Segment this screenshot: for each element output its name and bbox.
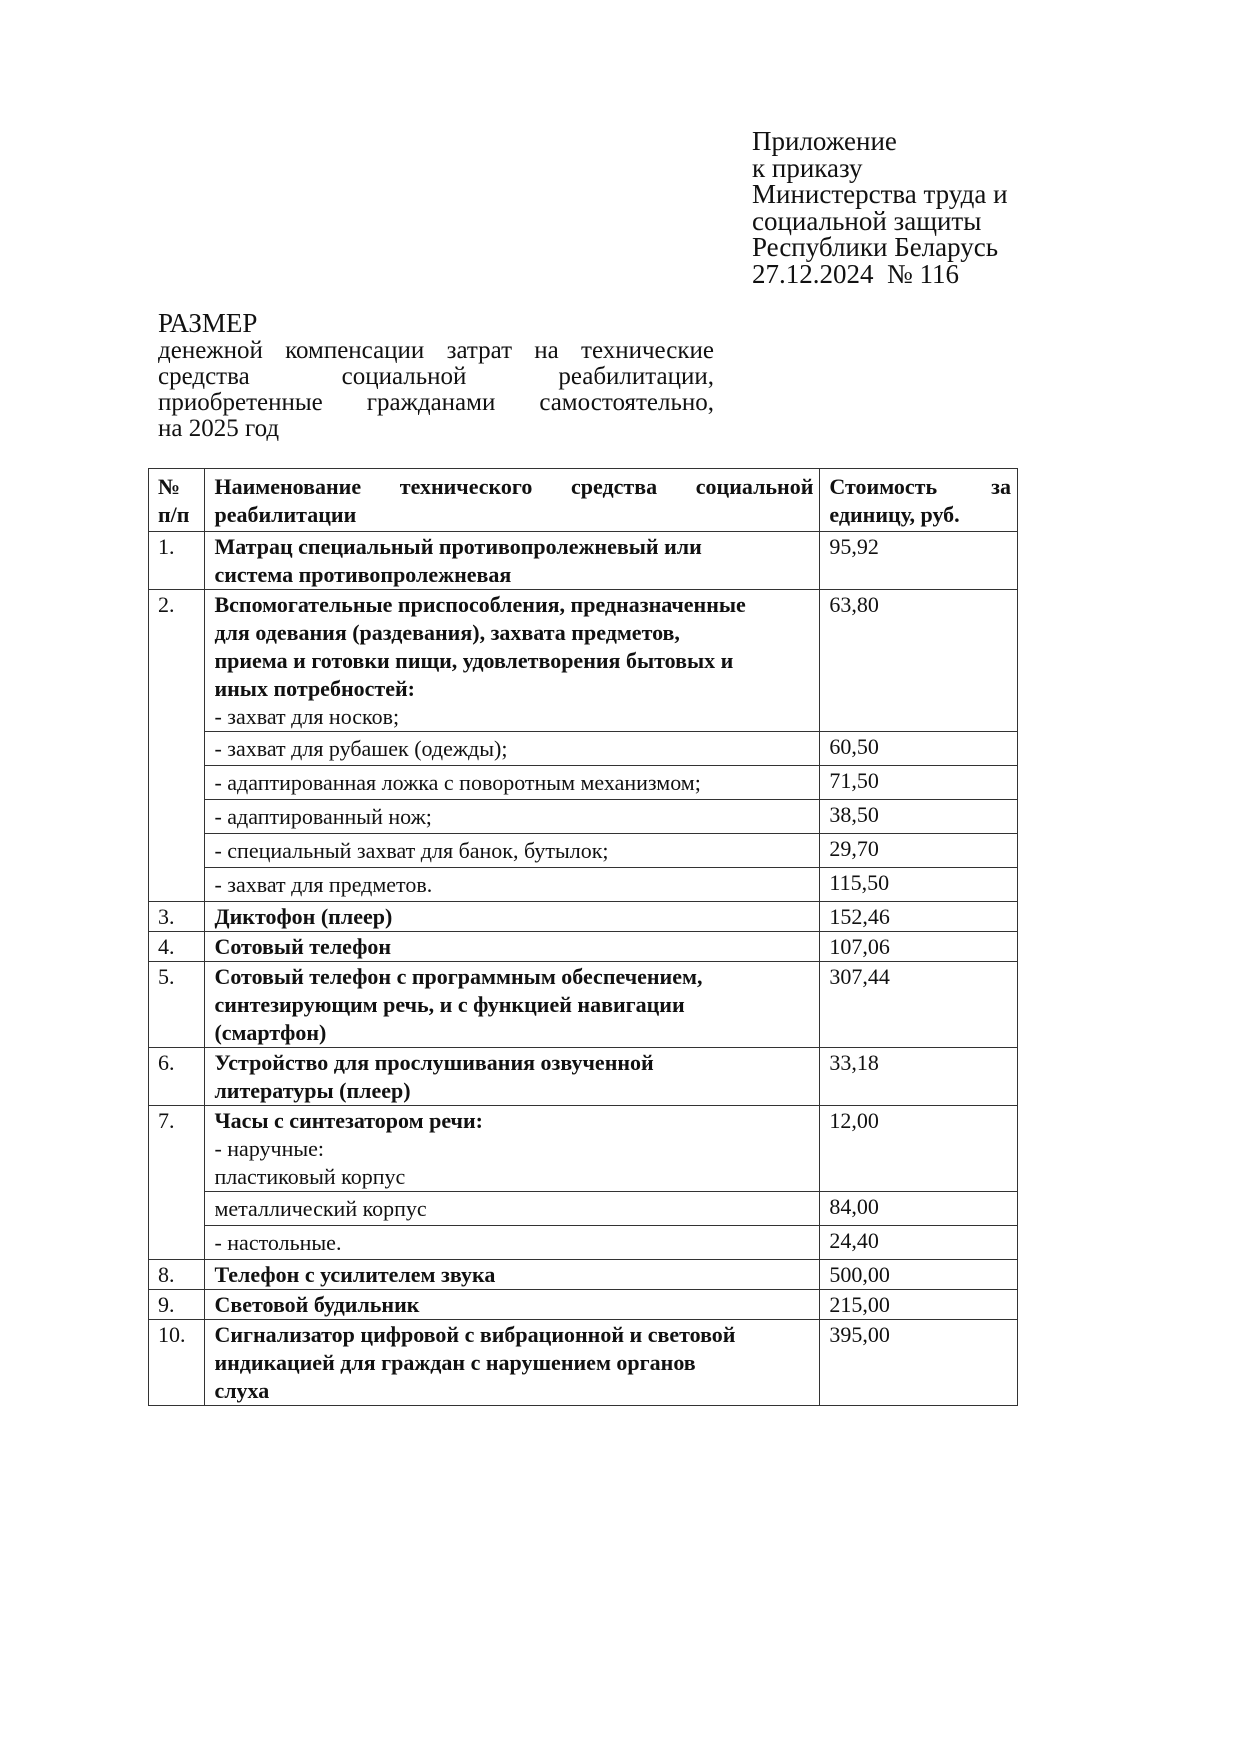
item-name-bold: Сигнализатор цифровой с вибрационной и с… [214,1321,813,1349]
row-cost: 12,00 [820,1106,1018,1192]
table-subrow: - настольные.24,40 [149,1226,1018,1260]
row-number: 4. [149,932,205,962]
item-name-bold: синтезирующим речь, и с функцией навигац… [214,991,813,1019]
row-number: 7. [149,1106,205,1260]
row-cost: 500,00 [820,1260,1018,1290]
table-subrow: - адаптированный нож;38,50 [149,800,1018,834]
item-name-bold: Матрац специальный противопролежневый ил… [214,533,813,561]
subitem-cost: 60,50 [820,732,1018,766]
table-subrow: металлический корпус84,00 [149,1192,1018,1226]
table-subrow: - захват для предметов.115,50 [149,868,1018,902]
row-cost: 107,06 [820,932,1018,962]
subitem-name: - настольные. [205,1226,820,1260]
item-name-bold: иных потребностей: [214,675,813,703]
item-name-bold: слуха [214,1377,813,1405]
row-name: Устройство для прослушивания озвученнойл… [205,1048,820,1106]
header-name: Наименование технического средства социа… [205,469,820,532]
item-name-bold: Устройство для прослушивания озвученной [214,1049,813,1077]
row-name: Сигнализатор цифровой с вибрационной и с… [205,1320,820,1406]
row-cost: 395,00 [820,1320,1018,1406]
item-name-bold: система противопролежневая [214,561,813,589]
table-row: 2.Вспомогательные приспособления, предна… [149,590,1018,732]
row-cost: 215,00 [820,1290,1018,1320]
table-row: 10.Сигнализатор цифровой с вибрационной … [149,1320,1018,1406]
row-name: Диктофон (плеер) [205,902,820,932]
row-number: 6. [149,1048,205,1106]
document-title: РАЗМЕР денежной компенсации затрат на те… [158,310,714,442]
item-name-bold: (смартфон) [214,1019,813,1047]
subitem-name: - адаптированный нож; [205,800,820,834]
row-name: Матрац специальный противопролежневый ил… [205,532,820,590]
row-cost: 95,92 [820,532,1018,590]
table-row: 7.Часы с синтезатором речи:- наручные:пл… [149,1106,1018,1192]
item-name-bold: литературы (плеер) [214,1077,813,1105]
subitem-cost: 38,50 [820,800,1018,834]
table-row: 4.Сотовый телефон107,06 [149,932,1018,962]
item-name-bold: Световой будильник [214,1291,813,1319]
item-name-bold: индикацией для граждан с нарушением орга… [214,1349,813,1377]
item-name-plain: - наручные: [214,1135,813,1163]
appendix-line: социальной защиты [752,208,1008,235]
row-name: Часы с синтезатором речи:- наручные:плас… [205,1106,820,1192]
subitem-name: - захват для рубашек (одежды); [205,732,820,766]
table-row: 8.Телефон с усилителем звука500,00 [149,1260,1018,1290]
row-cost: 307,44 [820,962,1018,1048]
item-name-bold: Вспомогательные приспособления, предназн… [214,591,813,619]
item-name-bold: для одевания (раздевания), захвата предм… [214,619,813,647]
header-cost: Стоимость за единицу, руб. [820,469,1018,532]
item-name-bold: Сотовый телефон с программным обеспечени… [214,963,813,991]
row-name: Световой будильник [205,1290,820,1320]
table-body: 1.Матрац специальный противопролежневый … [149,532,1018,1406]
row-name: Телефон с усилителем звука [205,1260,820,1290]
table-header-row: № п/п Наименование технического средства… [149,469,1018,532]
appendix-line: Министерства труда и [752,181,1008,208]
row-name: Сотовый телефон с программным обеспечени… [205,962,820,1048]
item-name-bold: Диктофон (плеер) [214,903,813,931]
item-name-bold: Часы с синтезатором речи: [214,1107,813,1135]
subitem-cost: 24,40 [820,1226,1018,1260]
table-row: 1.Матрац специальный противопролежневый … [149,532,1018,590]
item-name-bold: Телефон с усилителем звука [214,1261,813,1289]
row-cost: 152,46 [820,902,1018,932]
subitem-cost: 71,50 [820,766,1018,800]
row-cost: 63,80 [820,590,1018,732]
subitem-cost: 29,70 [820,834,1018,868]
subitem-name: - специальный захват для банок, бутылок; [205,834,820,868]
row-name: Сотовый телефон [205,932,820,962]
item-name-bold: приема и готовки пищи, удовлетворения бы… [214,647,813,675]
title-line: средства социальной реабилитации, [158,364,714,390]
subitem-cost: 84,00 [820,1192,1018,1226]
item-name-bold: Сотовый телефон [214,933,813,961]
subitem-name: металлический корпус [205,1192,820,1226]
row-number: 1. [149,532,205,590]
row-number: 9. [149,1290,205,1320]
row-number: 2. [149,590,205,902]
row-number: 8. [149,1260,205,1290]
subitem-name: - захват для предметов. [205,868,820,902]
appendix-date-number: 27.12.2024 № 116 [752,261,1008,288]
appendix-line: Республики Беларусь [752,234,1008,261]
row-cost: 33,18 [820,1048,1018,1106]
table-row: 6.Устройство для прослушивания озвученно… [149,1048,1018,1106]
compensation-table: № п/п Наименование технического средства… [148,468,1018,1406]
table-subrow: - адаптированная ложка с поворотным меха… [149,766,1018,800]
subitem-cost: 115,50 [820,868,1018,902]
title-main: РАЗМЕР [158,310,714,336]
appendix-line: Приложение [752,128,1008,155]
header-num: № п/п [149,469,205,532]
appendix-line: к приказу [752,155,1008,182]
table-row: 5.Сотовый телефон с программным обеспече… [149,962,1018,1048]
row-number: 10. [149,1320,205,1406]
table-subrow: - захват для рубашек (одежды);60,50 [149,732,1018,766]
title-line: приобретенные гражданами самостоятельно, [158,390,714,416]
title-line: на 2025 год [158,416,714,442]
title-line: денежной компенсации затрат на техническ… [158,338,714,364]
row-number: 5. [149,962,205,1048]
table-subrow: - специальный захват для банок, бутылок;… [149,834,1018,868]
row-name: Вспомогательные приспособления, предназн… [205,590,820,732]
row-number: 3. [149,902,205,932]
subitem-name: пластиковый корпус [214,1163,813,1191]
table-row: 3.Диктофон (плеер)152,46 [149,902,1018,932]
appendix-block: Приложение к приказу Министерства труда … [752,128,1008,287]
table-row: 9.Световой будильник215,00 [149,1290,1018,1320]
subitem-name: - адаптированная ложка с поворотным меха… [205,766,820,800]
subitem-name: - захват для носков; [214,703,813,731]
